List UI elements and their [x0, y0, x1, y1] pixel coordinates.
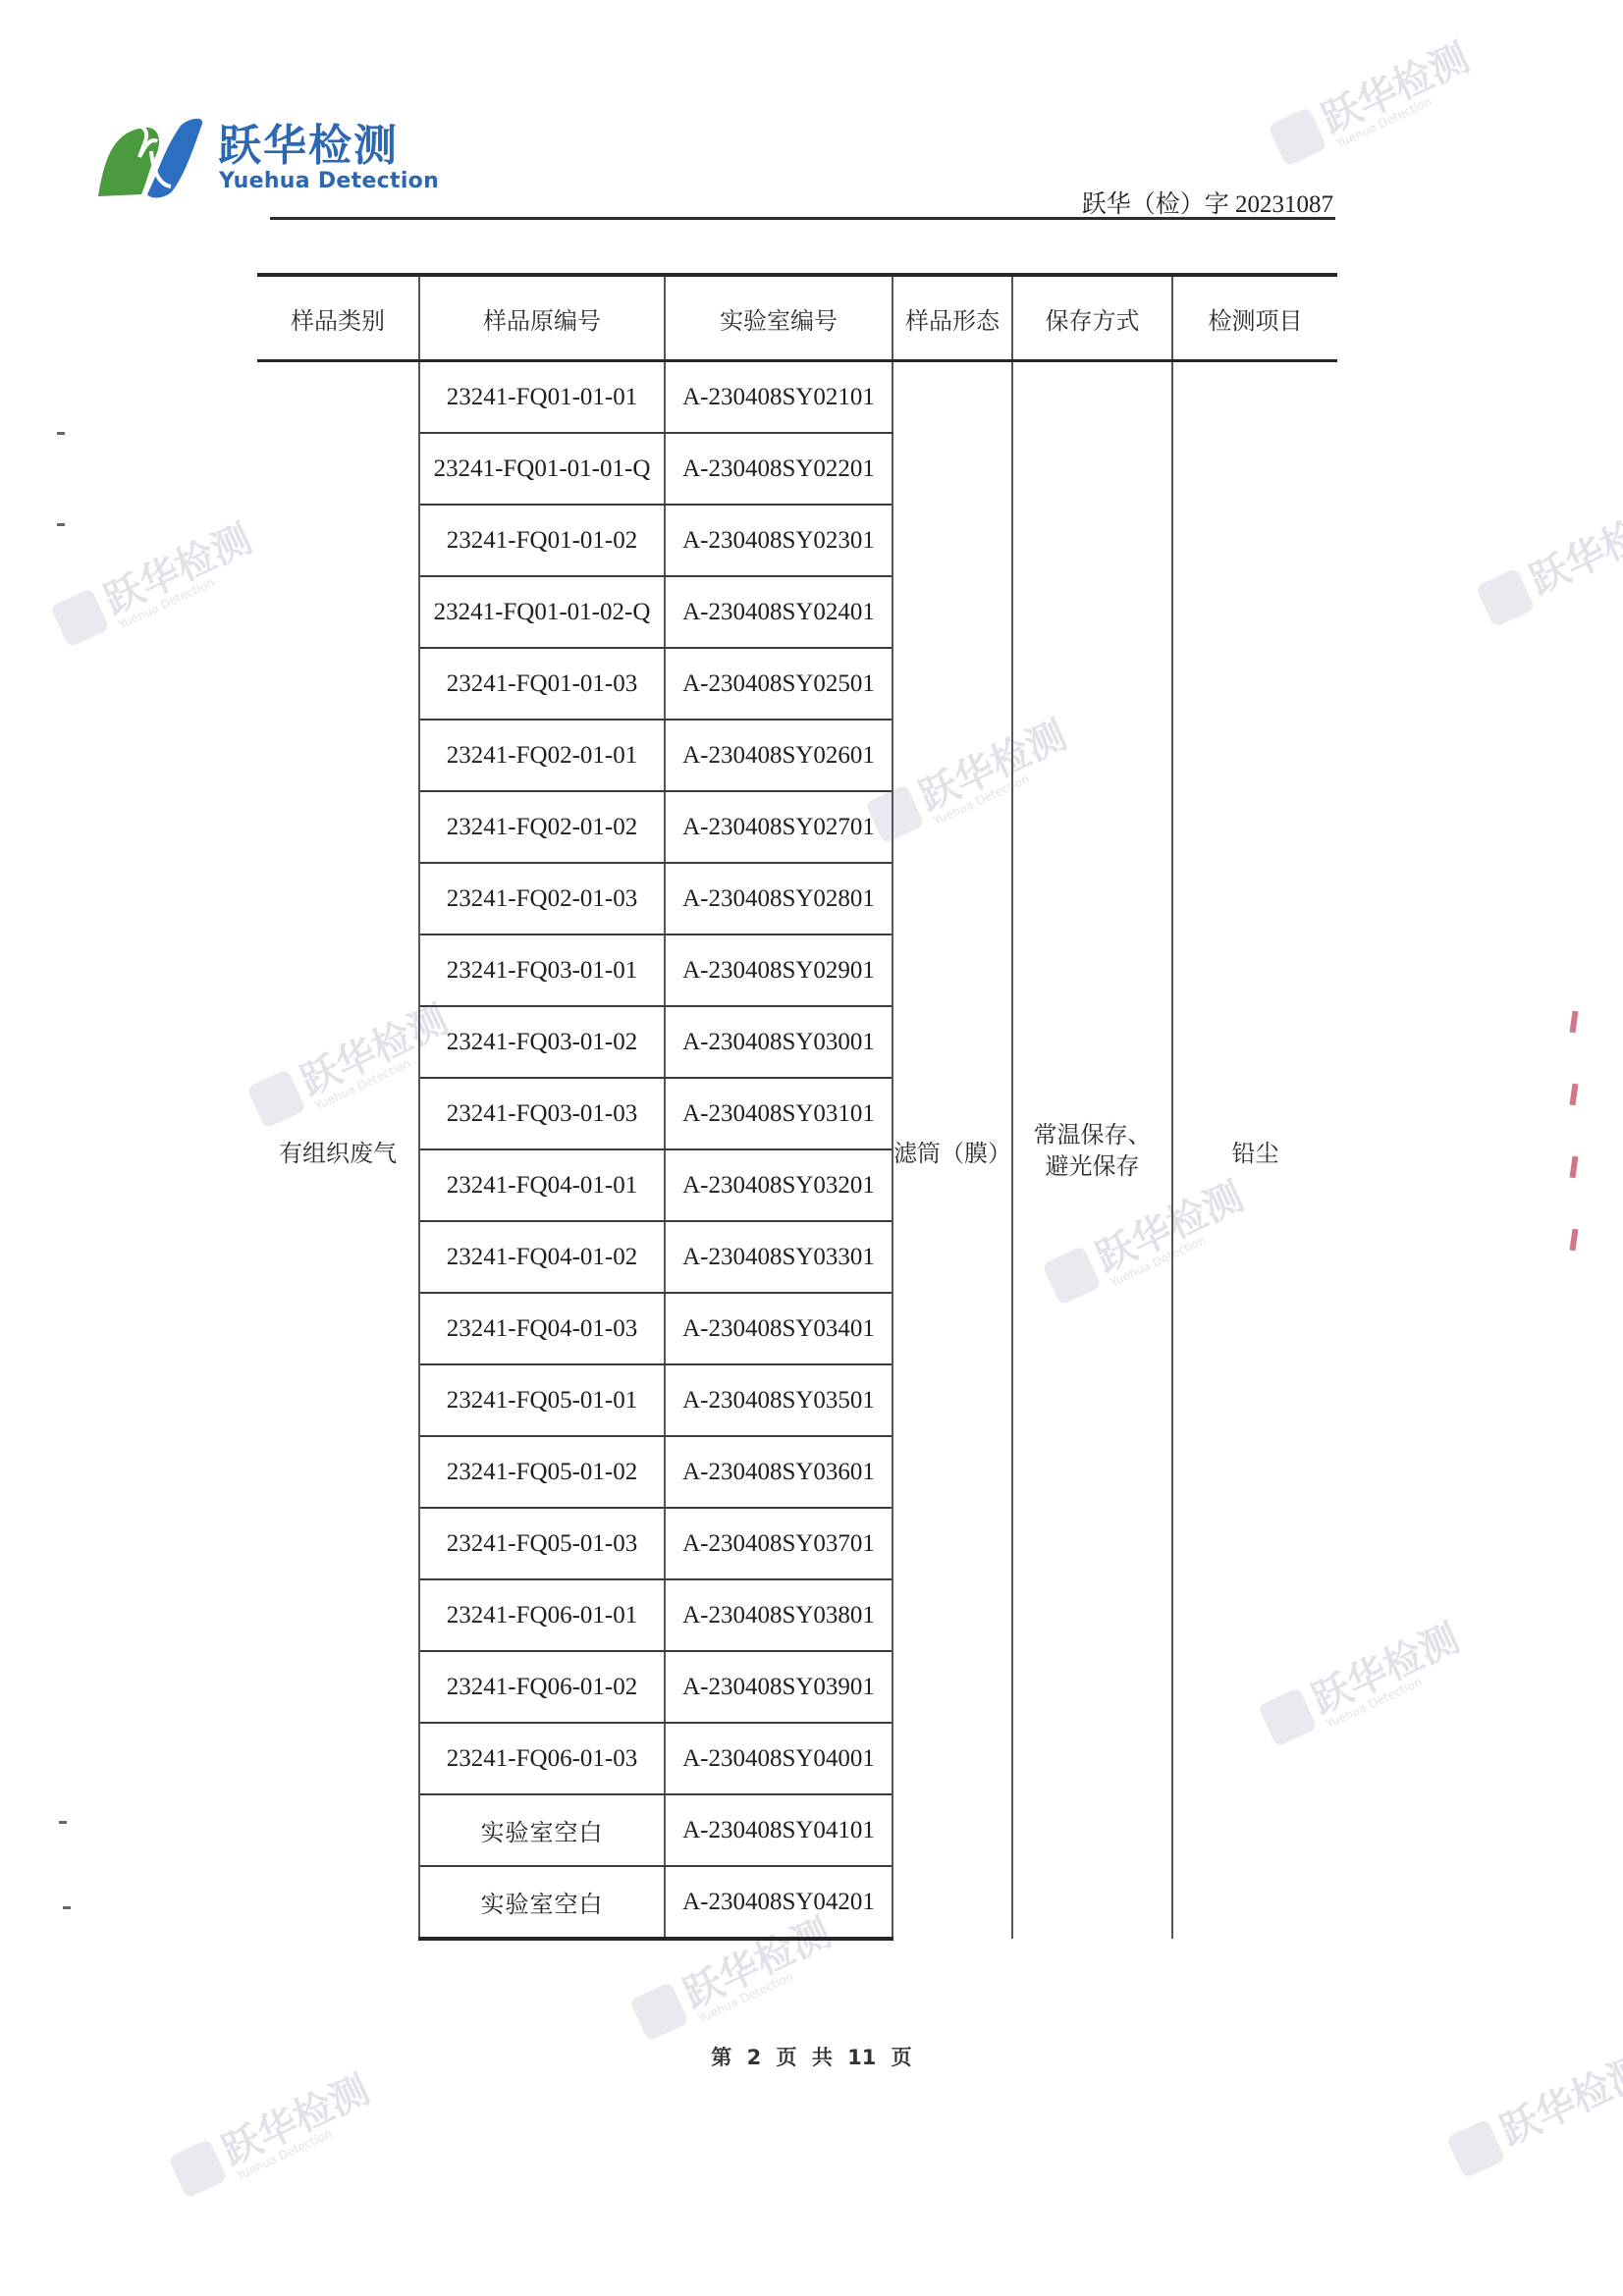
original-id-cell: 23241-FQ01-01-03 [419, 648, 665, 720]
column-header-original-id: 样品原编号 [419, 275, 665, 361]
original-id-cell: 实验室空白 [419, 1794, 665, 1866]
lab-id-cell: A-230408SY04001 [665, 1723, 893, 1794]
original-id-cell: 23241-FQ06-01-03 [419, 1723, 665, 1794]
lab-id-cell: A-230408SY02601 [665, 720, 893, 791]
original-id-cell: 23241-FQ03-01-03 [419, 1078, 665, 1149]
original-id-cell: 23241-FQ01-01-01 [419, 361, 665, 434]
lab-id-cell: A-230408SY02501 [665, 648, 893, 720]
watermark: 跃华检测Yuehua Detection [163, 2059, 380, 2206]
original-id-cell: 23241-FQ06-01-02 [419, 1651, 665, 1723]
column-header-test-item: 检测项目 [1172, 275, 1337, 361]
column-header-sample-form: 样品形态 [893, 275, 1012, 361]
sample-form-cell: 滤筒（膜） [893, 361, 1012, 1940]
header-divider [270, 217, 1335, 220]
lab-id-cell: A-230408SY02901 [665, 934, 893, 1006]
table-header-row: 样品类别 样品原编号 实验室编号 样品形态 保存方式 检测项目 [257, 275, 1337, 361]
lab-id-cell: A-230408SY03901 [665, 1651, 893, 1723]
lab-id-cell: A-230408SY02201 [665, 433, 893, 505]
column-header-storage-method: 保存方式 [1012, 275, 1172, 361]
lab-id-cell: A-230408SY02701 [665, 791, 893, 863]
lab-id-cell: A-230408SY03501 [665, 1364, 893, 1436]
logo-english-name: Yuehua Detection [219, 169, 439, 193]
original-id-cell: 23241-FQ02-01-03 [419, 863, 665, 934]
report-number: 跃华（检）字 20231087 [1082, 185, 1333, 220]
original-id-cell: 23241-FQ03-01-01 [419, 934, 665, 1006]
watermark: 跃华检测 [1471, 488, 1623, 627]
original-id-cell: 23241-FQ01-01-01-Q [419, 433, 665, 505]
lab-id-cell: A-230408SY04101 [665, 1794, 893, 1866]
scan-speck [57, 523, 65, 526]
table-body: 有组织废气23241-FQ01-01-01A-230408SY02101滤筒（膜… [257, 361, 1337, 1940]
original-id-cell: 23241-FQ01-01-02-Q [419, 576, 665, 648]
lab-id-cell: A-230408SY03201 [665, 1149, 893, 1221]
original-id-cell: 23241-FQ02-01-01 [419, 720, 665, 791]
table-row: 有组织废气23241-FQ01-01-01A-230408SY02101滤筒（膜… [257, 361, 1337, 434]
scan-speck [57, 432, 65, 435]
storage-method-line: 避光保存 [1013, 1150, 1171, 1182]
original-id-cell: 23241-FQ01-01-02 [419, 505, 665, 576]
original-id-cell: 23241-FQ05-01-03 [419, 1508, 665, 1579]
lab-id-cell: A-230408SY03001 [665, 1006, 893, 1078]
scan-speck [63, 1906, 71, 1909]
original-id-cell: 23241-FQ05-01-02 [419, 1436, 665, 1508]
original-id-cell: 23241-FQ06-01-01 [419, 1579, 665, 1651]
storage-method-line: 常温保存、 [1013, 1119, 1171, 1150]
leaf-logo-icon [90, 112, 206, 200]
lab-id-cell: A-230408SY03601 [665, 1436, 893, 1508]
test-item-cell: 铅尘 [1172, 361, 1337, 1940]
lab-id-cell: A-230408SY03701 [665, 1508, 893, 1579]
storage-method-cell: 常温保存、避光保存 [1012, 361, 1172, 1940]
original-id-cell: 23241-FQ04-01-02 [419, 1221, 665, 1293]
column-header-sample-category: 样品类别 [257, 275, 419, 361]
original-id-cell: 23241-FQ05-01-01 [419, 1364, 665, 1436]
lab-id-cell: A-230408SY02101 [665, 361, 893, 434]
lab-id-cell: A-230408SY02801 [665, 863, 893, 934]
lab-id-cell: A-230408SY04201 [665, 1866, 893, 1939]
lab-id-cell: A-230408SY03801 [665, 1579, 893, 1651]
seal-stamp-edge [1561, 1011, 1600, 1335]
original-id-cell: 23241-FQ04-01-03 [419, 1293, 665, 1364]
sample-category-cell: 有组织废气 [257, 361, 419, 1940]
company-logo: 跃华检测 Yuehua Detection [90, 110, 444, 203]
original-id-cell: 23241-FQ02-01-02 [419, 791, 665, 863]
page-number: 第 2 页 共 11 页 [0, 2042, 1623, 2071]
lab-id-cell: A-230408SY03401 [665, 1293, 893, 1364]
watermark: 跃华检测Yuehua Detection [1263, 27, 1480, 174]
scan-speck [59, 1821, 67, 1824]
sample-table: 样品类别 样品原编号 实验室编号 样品形态 保存方式 检测项目 有组织废气232… [257, 273, 1337, 1941]
lab-id-cell: A-230408SY03101 [665, 1078, 893, 1149]
logo-chinese-name: 跃华检测 [218, 110, 399, 173]
original-id-cell: 23241-FQ03-01-02 [419, 1006, 665, 1078]
original-id-cell: 23241-FQ04-01-01 [419, 1149, 665, 1221]
lab-id-cell: A-230408SY03301 [665, 1221, 893, 1293]
lab-id-cell: A-230408SY02401 [665, 576, 893, 648]
watermark: 跃华检测Yuehua Detection [45, 508, 262, 655]
column-header-lab-id: 实验室编号 [665, 275, 893, 361]
original-id-cell: 实验室空白 [419, 1866, 665, 1939]
lab-id-cell: A-230408SY02301 [665, 505, 893, 576]
